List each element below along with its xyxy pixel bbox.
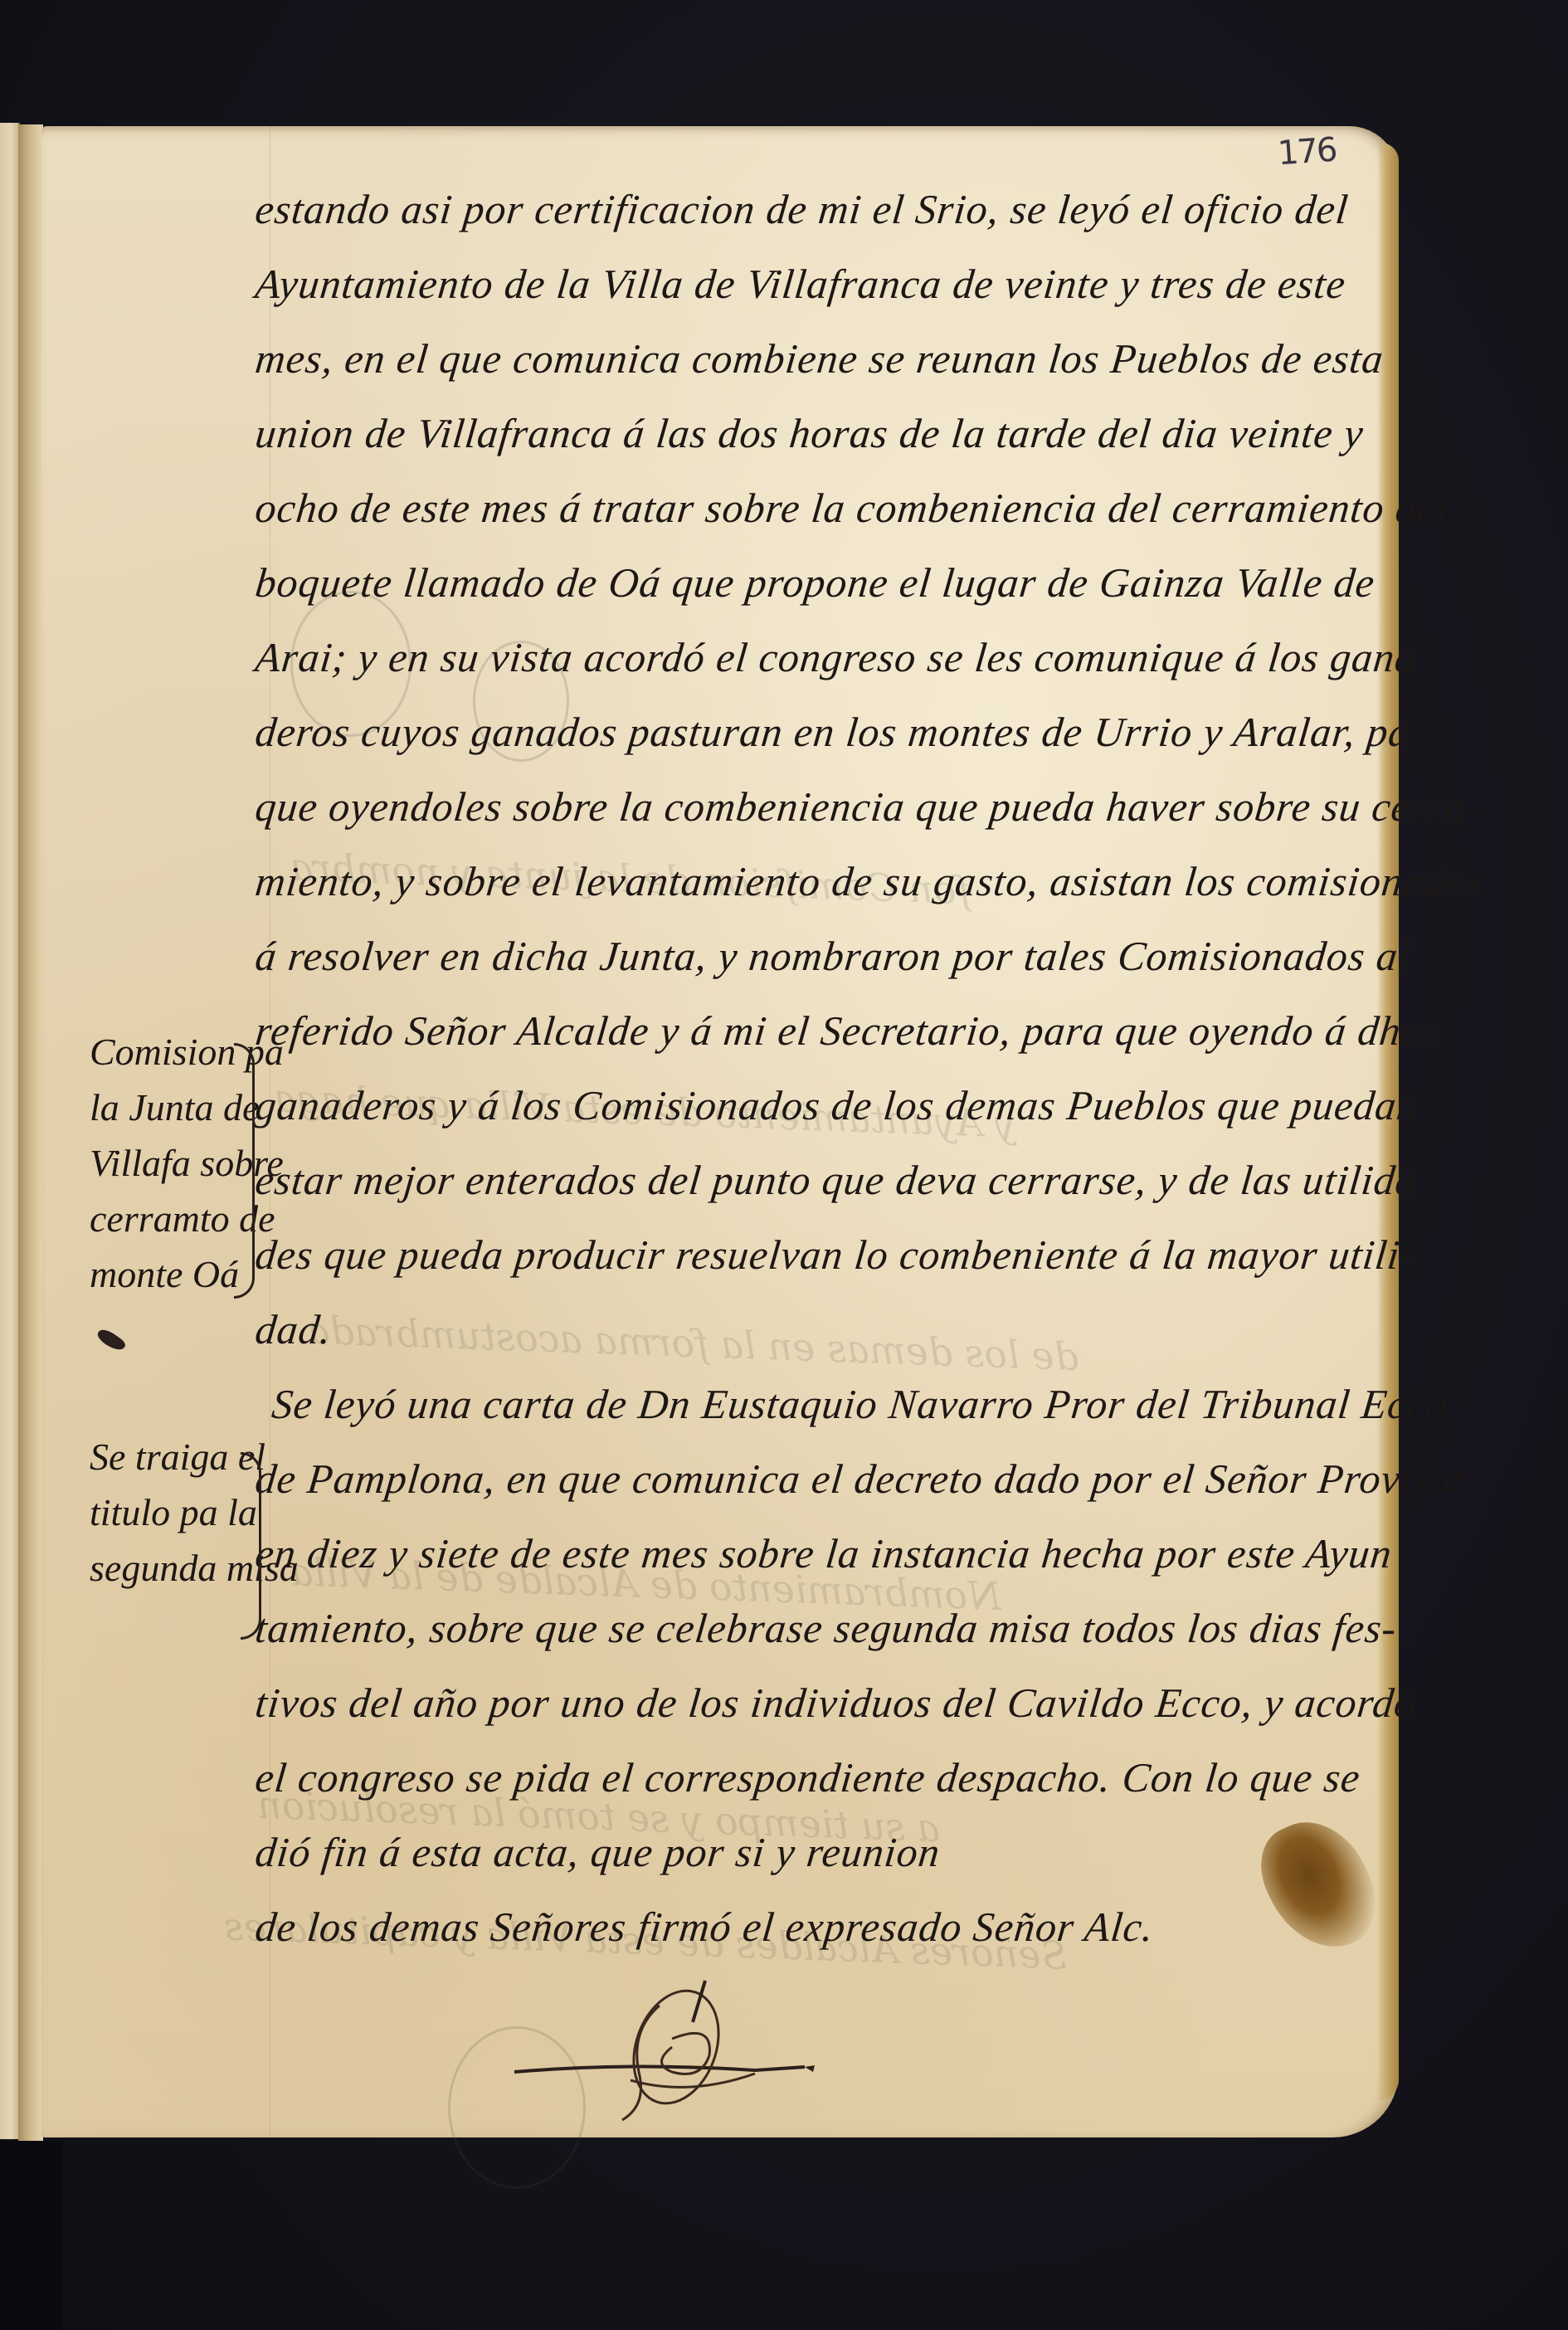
text-line: Se leyó una carta de Dn Eustaquio Navarr…	[251, 1367, 1437, 1441]
main-text-block: estando asi por certificacion de mi el S…	[256, 172, 1434, 1964]
text-line: dad.	[251, 1292, 1437, 1367]
margin-note-segunda-misa: Se traiga el titulo pa la segunda misa	[90, 1429, 299, 1596]
scan-backdrop: ſon Comiſsion de la junta y nombra y Ayu…	[0, 0, 1568, 2330]
margin-note-line: Se traiga el	[90, 1429, 299, 1484]
text-line: en diez y siete de este mes sobre la ins…	[251, 1516, 1437, 1591]
text-line: referido Señor Alcalde y á mi el Secreta…	[251, 993, 1437, 1068]
brace-icon	[241, 1452, 261, 1640]
backdrop-shadow	[0, 2141, 62, 2330]
text-line: á resolver en dicha Junta, y nombraron p…	[251, 919, 1437, 993]
text-line: ocho de este mes á tratar sobre la combe…	[251, 470, 1437, 545]
text-line: tamiento, sobre que se celebrase segunda…	[251, 1591, 1437, 1665]
text-line: des que pueda producir resuelvan lo comb…	[251, 1217, 1437, 1292]
text-line: de los demas Señores firmó el expresado …	[251, 1889, 1437, 1964]
folio-number: 176	[1276, 131, 1337, 173]
text-line: Ayuntamiento de la Villa de Villafranca …	[251, 246, 1437, 321]
signature-rubric-icon	[506, 1972, 855, 2122]
text-line: el congreso se pida el correspondiente d…	[251, 1740, 1437, 1815]
text-line: tivos del año por uno de los individuos …	[251, 1665, 1437, 1740]
brace-icon	[234, 1043, 255, 1299]
text-line: estando asi por certificacion de mi el S…	[251, 172, 1437, 246]
text-line: estar mejor enterados del punto que deva…	[251, 1143, 1437, 1217]
text-line: Arai; y en su vista acordó el congreso s…	[251, 620, 1437, 695]
text-line: deros cuyos ganados pasturan en los mont…	[251, 695, 1437, 769]
text-line: dió fin á esta acta, que por si y reunio…	[251, 1815, 1437, 1889]
text-line: miento, y sobre el levantamiento de su g…	[251, 844, 1437, 919]
text-line: mes, en el que comunica combiene se reun…	[251, 321, 1437, 396]
margin-note-line: titulo pa la	[90, 1484, 299, 1540]
text-line: que oyendoles sobre la combeniencia que …	[251, 769, 1437, 844]
ink-blot	[95, 1326, 128, 1354]
text-line: boquete llamado de Oá que propone el lug…	[251, 545, 1437, 620]
book-gutter	[18, 124, 43, 2141]
text-line: de Pamplona, en que comunica el decreto …	[251, 1441, 1437, 1516]
text-line: union de Villafranca á las dos horas de …	[251, 396, 1437, 470]
manuscript-page: ſon Comiſsion de la junta y nombra y Ayu…	[41, 126, 1399, 2137]
margin-note-line: segunda misa	[90, 1540, 299, 1596]
facing-page-edge	[0, 123, 20, 2139]
text-line: ganaderos y á los Comisionados de los de…	[251, 1068, 1437, 1143]
